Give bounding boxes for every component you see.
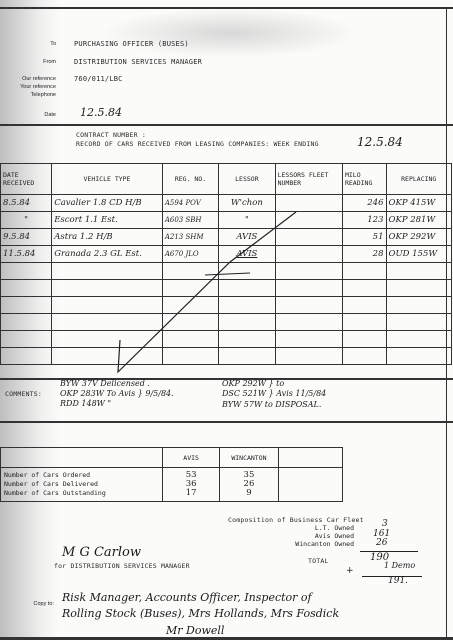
comment-line: OKP 283W To Avis } 9/5/84. <box>60 389 174 398</box>
totals-header-blank <box>1 448 163 468</box>
comment-line: RDD 148W " <box>60 399 111 408</box>
col-wincanton: WINCANTON <box>220 448 278 468</box>
comments-label: COMMENTS: <box>5 390 42 398</box>
cars-totals-table: AVIS WINCANTON Number of Cars Ordered Nu… <box>0 447 343 502</box>
fleet-label-avis: Avis Owned <box>260 532 354 540</box>
label-outstanding: Number of Cars Outstanding <box>4 489 159 498</box>
col-avis: AVIS <box>162 448 219 468</box>
wincanton-values-cell: 35 26 9 <box>220 468 278 502</box>
fleet-value-lt: 3 <box>382 519 388 529</box>
comment-line: BYW 37V Delicensed . <box>60 379 150 388</box>
comment-line: DSC 521W } Avis 11/5/84 <box>222 389 326 398</box>
avis-values-cell: 53 36 17 <box>162 468 219 502</box>
fleet-label-wincanton: Wincanton Owned <box>260 540 354 548</box>
totals-labels-cell: Number of Cars Ordered Number of Cars De… <box>1 468 163 502</box>
copy-to-line: Risk Manager, Accounts Officer, Inspecto… <box>62 591 312 604</box>
fleet-total-label: TOTAL <box>308 557 329 565</box>
fleet-grand-total: 191. <box>388 576 408 586</box>
fleet-demo: 1 Demo <box>384 561 415 570</box>
label-delivered: Number of Cars Delivered <box>4 480 159 489</box>
avis-outstanding: 17 <box>166 489 216 498</box>
copy-to-line: Rolling Stock (Buses), Mrs Hollands, Mrs… <box>62 607 339 620</box>
totals-body-row: Number of Cars Ordered Number of Cars De… <box>1 468 343 502</box>
totals-header-row: AVIS WINCANTON <box>1 448 343 468</box>
totals-blank-right <box>278 468 342 502</box>
fleet-value-wincanton: 26 <box>376 538 387 548</box>
totals-header-blank-right <box>278 448 342 468</box>
fleet-label-lt: L.T. Owned <box>260 524 354 532</box>
comments-bottom-rule <box>0 421 453 423</box>
fleet-plus-sign: + <box>346 566 354 576</box>
comment-line: OKP 292W } to <box>222 379 284 388</box>
label-ordered: Number of Cars Ordered <box>4 471 159 480</box>
wincanton-outstanding: 9 <box>223 489 274 498</box>
copy-to-line: Mr Dowell <box>166 624 224 637</box>
scanned-memo-page: To PURCHASING OFFICER (BUSES) From DISTR… <box>0 0 453 640</box>
signature: M G Carlow <box>62 545 141 560</box>
signature-for-label: for DISTRIBUTION SERVICES MANAGER <box>54 562 190 570</box>
comment-line: BYW 57W to DISPOSAL. <box>222 400 321 409</box>
fleet-title: Composition of Business Car Fleet <box>228 516 364 524</box>
copy-to-label: Copy to: <box>4 601 54 607</box>
